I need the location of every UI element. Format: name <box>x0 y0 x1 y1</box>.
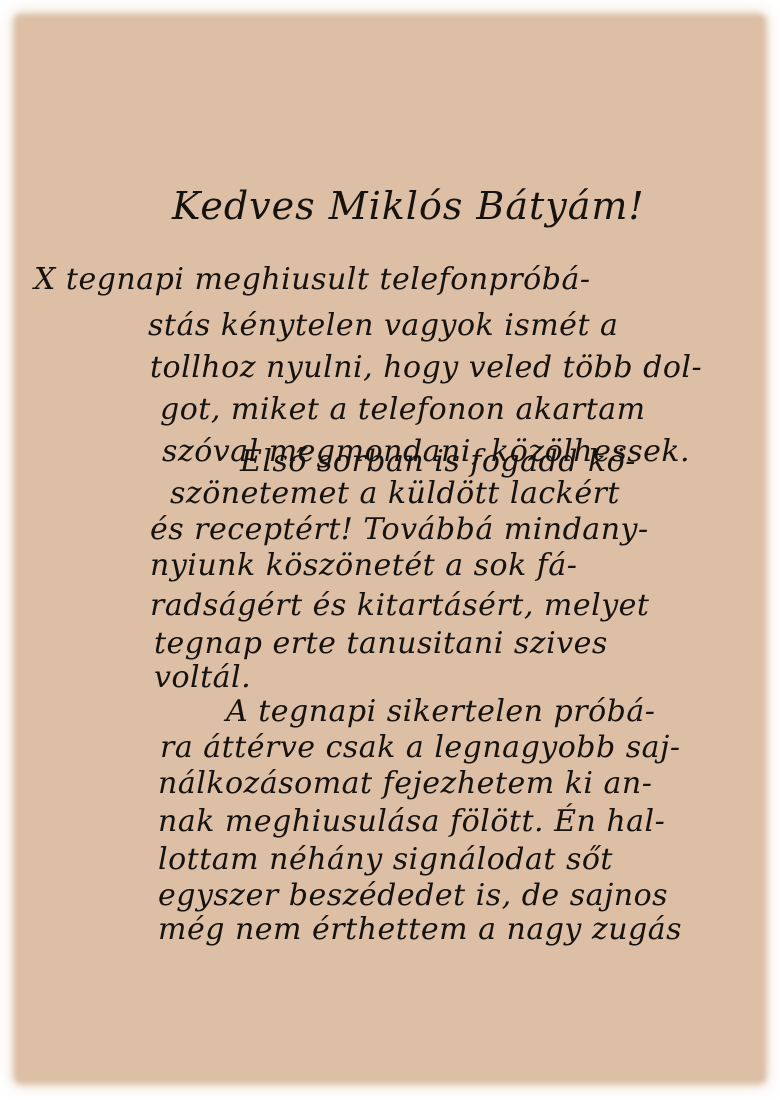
letter-line: voltál. <box>154 660 251 695</box>
letter-line: X tegnapi meghiusult telefonpróbá- <box>34 262 590 297</box>
letter-line: ra áttérve csak a legnagyobb saj- <box>160 730 680 765</box>
letter-line: szönetemet a küldött lackért <box>170 476 620 511</box>
letter-line: egyszer beszédedet is, de sajnos <box>158 878 668 913</box>
letter-line: stás kénytelen vagyok ismét a <box>148 308 618 343</box>
letter-line: radságért és kitartásért, melyet <box>150 588 649 623</box>
letter-line: még nem érthettem a nagy zugás <box>158 912 682 947</box>
letter-line: és receptért! Továbbá mindany- <box>150 512 649 547</box>
letter-line: lottam néhány signálodat sőt <box>158 842 613 877</box>
letter-salutation: Kedves Miklós Bátyám! <box>172 184 645 228</box>
letter-line: got, miket a telefonon akartam <box>160 392 646 427</box>
letter-line: tegnap erte tanusitani szives <box>154 626 608 661</box>
letter-line: nak meghiusulása fölött. Én hal- <box>158 804 665 839</box>
letter-line: tollhoz nyulni, hogy veled több dol- <box>150 350 702 385</box>
letter-line: nyiunk köszönetét a sok fá- <box>150 548 577 583</box>
letter-line: A tegnapi sikertelen próbá- <box>226 694 655 729</box>
letter-line: nálkozásomat fejezhetem ki an- <box>158 766 652 801</box>
letter-line: Első sorban is fogadd kö- <box>240 444 636 479</box>
